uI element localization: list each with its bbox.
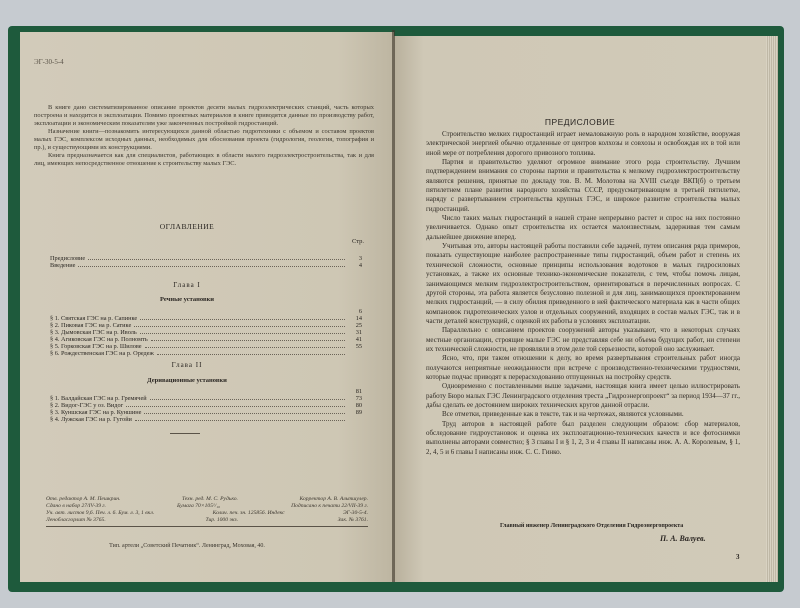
imprint-row: Сдано в набор 27/IV-39 г.Бумага 70×105¹/… — [46, 503, 368, 510]
chapter-subtitle: Речные установки — [0, 296, 374, 303]
toc-entry-page: 73 — [348, 395, 362, 402]
toc-entry-page — [348, 350, 362, 357]
imprint-row: Уч. авт. листов 9,6. Печ. л. 6. Бум. л. … — [46, 510, 368, 517]
page-edges — [766, 36, 778, 582]
preface-paragraph: Строительство мелких гидростанций играет… — [426, 130, 740, 158]
abstract-paragraph: Книга предназначается как для специалист… — [34, 152, 374, 168]
toc-entry-page — [348, 416, 362, 423]
toc-row: § 4. Агиковская ГЭС на р. Полномть41 — [50, 336, 362, 343]
chapter-heading: Глава I — [0, 281, 374, 289]
preface-paragraph: Число таких малых гидростанций в нашей с… — [426, 214, 740, 242]
toc-entry-page: 55 — [348, 343, 362, 350]
toc-entry-title: § 2. Видог-ГЭС у оз. Видог — [50, 402, 123, 409]
toc-chapter-2: 81 § 1. Валдайская ГЭС на р. Гремячей73 … — [50, 388, 362, 423]
preface-paragraph: Все отметки, приведенные как в тексте, т… — [426, 410, 740, 419]
chapter-subtitle: Деривационные установки — [0, 377, 374, 384]
toc-entry-page: 6 — [348, 308, 362, 315]
toc-row: § 1. Святская ГЭС на р. Сапинке14 — [50, 315, 362, 322]
toc-entry-title: Введение — [50, 262, 75, 269]
toc-entry-page: 89 — [348, 409, 362, 416]
toc-row: § 2. Пиковая ГЭС на р. Сатике25 — [50, 322, 362, 329]
printer-line: Тип. артели „Советский Печатник“. Ленинг… — [0, 543, 374, 549]
divider — [170, 433, 200, 434]
imprint: Отв. редактор А. М. Пешкрин.Техн. ред. М… — [46, 496, 368, 527]
toc-entry-title: § 4. Лужская ГЭС на р. Гугойи — [50, 416, 132, 423]
toc-title: ОГЛАВЛЕНИЕ — [0, 222, 374, 231]
toc-entry-page: 31 — [348, 329, 362, 336]
toc-row: Введение4 — [50, 262, 362, 269]
toc-row: § 4. Лужская ГЭС на р. Гугойи — [50, 416, 362, 423]
index-code: ЭГ-30-5-4 — [34, 58, 64, 66]
preface-paragraph: Партия и правительство уделяют огромное … — [426, 158, 740, 214]
toc-entry-page: 25 — [348, 322, 362, 329]
book-gutter — [392, 30, 395, 582]
signature-name: П. А. Валуев. — [660, 534, 706, 543]
abstract-paragraph: Назначение книги—познакомить интересующи… — [34, 128, 374, 152]
preface-paragraph: Параллельно с описанием проектов сооруже… — [426, 326, 740, 354]
abstract: В книге дано систематизированное описани… — [34, 104, 374, 168]
toc-entry-page: 14 — [348, 315, 362, 322]
toc-entry-title: § 1. Валдайская ГЭС на р. Гремячей — [50, 395, 147, 402]
imprint-row: Отв. редактор А. М. Пешкрин.Техн. ред. М… — [46, 496, 368, 503]
toc-entry-page: 81 — [348, 388, 362, 395]
toc-row: § 5. Горковская ГЭС на р. Шилове55 — [50, 343, 362, 350]
page-number: 3 — [736, 553, 740, 561]
signature-role: Главный инженер Ленинградского Отделения… — [500, 523, 683, 529]
toc-entry-title: § 4. Агиковская ГЭС на р. Полномть — [50, 336, 148, 343]
toc-chapter-1: 6 § 1. Святская ГЭС на р. Сапинке14 § 2.… — [50, 308, 362, 357]
toc-entry-title: § 2. Пиковая ГЭС на р. Сатике — [50, 322, 131, 329]
preface-paragraph: Учитывая это, авторы настоящей работы по… — [426, 242, 740, 326]
toc-entry-title: Предисловие — [50, 255, 85, 262]
toc-entry-title: § 1. Святская ГЭС на р. Сапинке — [50, 315, 137, 322]
toc-row: § 1. Валдайская ГЭС на р. Гремячей73 — [50, 395, 362, 402]
abstract-paragraph: В книге дано систематизированное описани… — [34, 104, 374, 128]
toc-entry-title: § 3. Куншская ГЭС на р. Куншине — [50, 409, 141, 416]
toc-page-header: Стр. — [352, 238, 364, 245]
imprint-row: Ленобласгорлит № 3765.Тир. 1000 экз.Зак.… — [46, 517, 368, 524]
toc-entry-title: § 3. Дымовская ГЭС на р. Иволь — [50, 329, 137, 336]
toc-row: § 3. Дымовская ГЭС на р. Иволь31 — [50, 329, 362, 336]
toc-entry-page: 80 — [348, 402, 362, 409]
toc-row: § 6. Рождественская ГЭС на р. Оредеж — [50, 350, 362, 357]
toc-row: 6 — [50, 308, 362, 315]
toc-row: Предисловие3 — [50, 255, 362, 262]
toc-row: § 2. Видог-ГЭС у оз. Видог80 — [50, 402, 362, 409]
toc-entry-title: § 5. Горковская ГЭС на р. Шилове — [50, 343, 142, 350]
toc-entry-title: § 6. Рождественская ГЭС на р. Оредеж — [50, 350, 154, 357]
preface-title: ПРЕДИСЛОВИЕ — [394, 117, 766, 127]
preface-paragraph: Одновременно с поставленными выше задача… — [426, 382, 740, 410]
preface-paragraph: Ясно, что, при таком отношении к делу, в… — [426, 354, 740, 382]
toc-entry-page: 4 — [348, 262, 362, 269]
preface-body: Строительство мелких гидростанций играет… — [426, 130, 740, 457]
toc-front: Предисловие3 Введение4 — [50, 255, 362, 269]
toc-entry-page: 41 — [348, 336, 362, 343]
toc-entry-page: 3 — [348, 255, 362, 262]
chapter-heading: Глава II — [0, 361, 374, 369]
preface-paragraph: Труд авторов в настоящей работе был разд… — [426, 420, 740, 457]
toc-row: § 3. Куншская ГЭС на р. Куншине89 — [50, 409, 362, 416]
toc-row: 81 — [50, 388, 362, 395]
